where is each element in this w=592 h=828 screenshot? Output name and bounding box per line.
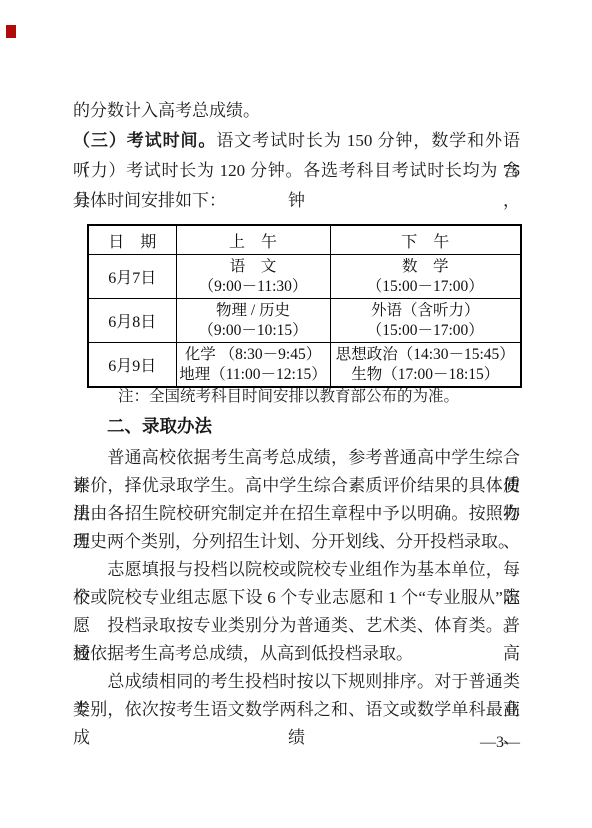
document-page: 的分数计入高考总成绩。 （三）考试时间。语文考试时长为 150 分钟，数学和外语… [0, 0, 592, 828]
afternoon-cell: 思想政治（14:30－15:45） 生物（17:00－18:15） [330, 343, 521, 388]
col-header-afternoon: 下 午 [330, 225, 521, 255]
morning-cell: 语 文 （9:00－11:30） [176, 255, 330, 299]
text-line: 普通高校依据考生高考总成绩，参考普通高中学生综合素质 [73, 444, 520, 472]
exam-time-heading: （三）考试时间。 [73, 131, 216, 150]
section-heading: 二、录取办法 [107, 413, 212, 438]
afternoon-cell: 数 学 （15:00－17:00） [330, 255, 521, 299]
subject-line: 语 文 [177, 257, 330, 277]
text-line: 志愿填报与投档以院校或院校专业组作为基本单位，每个院 [73, 556, 520, 584]
text-line: （三）考试时间。语文考试时长为 150 分钟，数学和外语（含 [73, 126, 520, 156]
time-line: （9:00－11:30） [177, 277, 330, 297]
date-cell: 6月8日 [88, 299, 176, 343]
date-cell: 6月7日 [88, 255, 176, 299]
subject-line: 数 学 [331, 257, 521, 277]
time-line: （15:00－17:00） [331, 321, 521, 341]
table-row: 6月8日 物理 / 历史 （9:00－10:15） 外语（含听力） （15:00… [88, 299, 521, 343]
table-header-row: 日 期 上 午 下 午 [88, 225, 521, 255]
afternoon-cell: 外语（含听力） （15:00－17:00） [330, 299, 521, 343]
text-line: 校依据考生高考总成绩，从高到低投档录取。 [73, 640, 520, 668]
text-line: 评价，择优录取学生。高中学生综合素质评价结果的具体使用办 [73, 472, 520, 500]
text-line: 校或院校专业组志愿下设 6 个专业志愿和 1 个“专业服从”志愿。 [73, 584, 520, 612]
exam-schedule-table: 日 期 上 午 下 午 6月7日 语 文 （9:00－11:30） 数 学 （1… [87, 224, 522, 388]
time-line: （9:00－10:15） [177, 321, 330, 341]
text-line: 具体时间安排如下： [73, 186, 520, 216]
text-line: 投档录取按专业类别分为普通类、艺术类、体育类。普通高 [73, 612, 520, 640]
table-row: 6月9日 化学 （8:30－9:45） 地理（11:00－12:15） 思想政治… [88, 343, 521, 388]
table-note: 注：全国统考科目时间安排以教育部公布的为准。 [118, 386, 459, 408]
col-header-date: 日 期 [88, 225, 176, 255]
text-line: 听力）考试时长为 120 分钟。各选考科目考试时长均为 75 分钟， [73, 156, 520, 186]
date-cell: 6月9日 [88, 343, 176, 388]
text-line: 类别，依次按考生语文数学两科之和、语文或数学单科最高成绩、 [73, 696, 520, 724]
red-annotation-mark [6, 25, 16, 38]
page-number: —3— [73, 734, 520, 752]
subject-time-line: 地理（11:00－12:15） [177, 365, 330, 385]
table-row: 6月7日 语 文 （9:00－11:30） 数 学 （15:00－17:00） [88, 255, 521, 299]
col-header-morning: 上 午 [176, 225, 330, 255]
time-line: （15:00－17:00） [331, 277, 521, 297]
morning-cell: 化学 （8:30－9:45） 地理（11:00－12:15） [176, 343, 330, 388]
subject-line: 外语（含听力） [331, 301, 521, 321]
text-line: 历史两个类别，分列招生计划、分开划线、分开投档录取。 [73, 528, 520, 556]
subject-time-line: 思想政治（14:30－15:45） [331, 345, 521, 365]
subject-line: 物理 / 历史 [177, 301, 330, 321]
text-line: 的分数计入高考总成绩。 [73, 96, 520, 126]
subject-time-line: 生物（17:00－18:15） [331, 365, 521, 385]
morning-cell: 物理 / 历史 （9:00－10:15） [176, 299, 330, 343]
text-line: 总成绩相同的考生投档时按以下规则排序。对于普通类专业 [73, 668, 520, 696]
text-line: 法由各招生院校研究制定并在招生章程中予以明确。按照物理、 [73, 500, 520, 528]
subject-time-line: 化学 （8:30－9:45） [177, 345, 330, 365]
